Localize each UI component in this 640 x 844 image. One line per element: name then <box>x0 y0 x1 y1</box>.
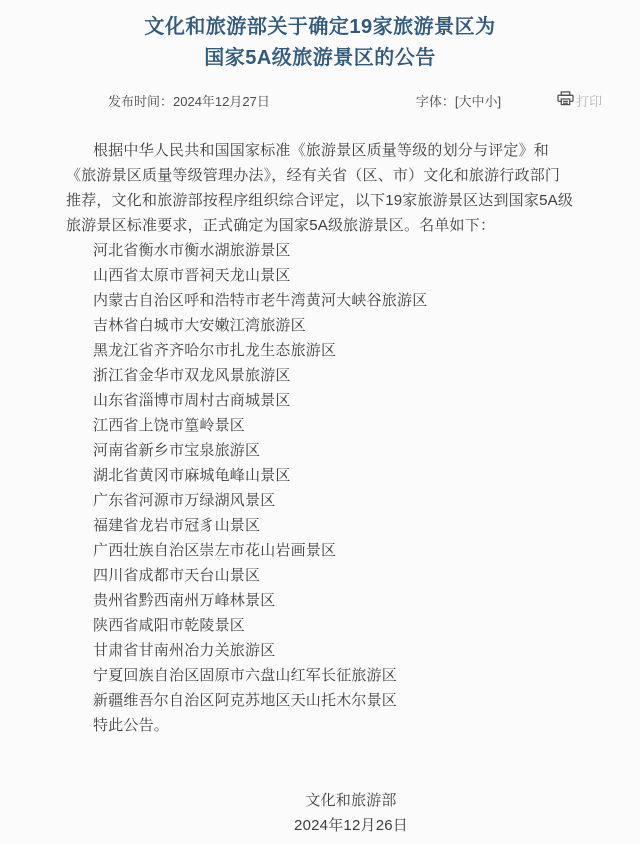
list-item: 福建省龙岩市冠豸山景区 <box>66 513 575 538</box>
signature-block: 文化和旅游部 2024年12月26日 <box>294 788 408 838</box>
list-item: 河北省衡水市衡水湖旅游景区 <box>66 238 575 263</box>
list-item: 宁夏回族自治区固原市六盘山红军长征旅游区 <box>66 663 575 688</box>
list-item: 广西壮族自治区崇左市花山岩画景区 <box>66 538 575 563</box>
publish-time-value: 2024年12月27日 <box>173 94 270 109</box>
list-item: 陕西省咸阳市乾陵景区 <box>66 613 575 638</box>
list-item: 河南省新乡市宝泉旅游区 <box>66 438 575 463</box>
scenic-area-list: 河北省衡水市衡水湖旅游景区 山西省太原市晋祠天龙山景区 内蒙古自治区呼和浩特市老… <box>66 238 575 713</box>
list-item: 内蒙古自治区呼和浩特市老牛湾黄河大峡谷旅游区 <box>66 288 575 313</box>
list-item: 广东省河源市万绿湖风景区 <box>66 488 575 513</box>
printer-icon <box>557 91 574 109</box>
page-title-line1: 文化和旅游部关于确定19家旅游景区为 <box>0 12 640 43</box>
announcement-page: 文化和旅游部关于确定19家旅游景区为 国家5A级旅游景区的公告 发布时间：202… <box>0 0 640 844</box>
meta-bar: 发布时间：2024年12月27日 字体：[大中小] 打印 <box>0 91 640 109</box>
announcement-body: 根据中华人民共和国国家标准《旅游景区质量等级的划分与评定》和《旅游景区质量等级管… <box>0 138 640 838</box>
list-item: 贵州省黔西南州万峰林景区 <box>66 588 575 613</box>
list-item: 黑龙江省齐齐哈尔市扎龙生态旅游区 <box>66 338 575 363</box>
publish-time-label: 发布时间： <box>108 94 173 109</box>
print-button-label: 打印 <box>576 91 602 110</box>
signature-date: 2024年12月26日 <box>294 813 408 838</box>
font-size-controls[interactable]: [大中小] <box>455 94 501 109</box>
closing-statement: 特此公告。 <box>66 713 575 738</box>
list-item: 甘肃省甘南州冶力关旅游区 <box>66 638 575 663</box>
font-size-label: 字体： <box>416 94 455 109</box>
list-item: 吉林省白城市大安嫩江湾旅游区 <box>66 313 575 338</box>
list-item: 新疆维吾尔自治区阿克苏地区天山托木尔景区 <box>66 688 575 713</box>
list-item: 山东省淄博市周村古商城景区 <box>66 388 575 413</box>
announcement-paragraph: 根据中华人民共和国国家标准《旅游景区质量等级的划分与评定》和《旅游景区质量等级管… <box>66 138 575 238</box>
font-size-widget: 字体：[大中小] <box>416 91 501 110</box>
list-item: 山西省太原市晋祠天龙山景区 <box>66 263 575 288</box>
publish-time: 发布时间：2024年12月27日 <box>108 91 270 110</box>
list-item: 江西省上饶市篁岭景区 <box>66 413 575 438</box>
list-item: 浙江省金华市双龙风景旅游区 <box>66 363 575 388</box>
list-item: 四川省成都市天台山景区 <box>66 563 575 588</box>
print-button[interactable]: 打印 <box>557 91 602 110</box>
page-title: 文化和旅游部关于确定19家旅游景区为 国家5A级旅游景区的公告 <box>0 12 640 74</box>
list-item: 湖北省黄冈市麻城龟峰山景区 <box>66 463 575 488</box>
signature-issuer: 文化和旅游部 <box>294 788 408 813</box>
page-title-line2: 国家5A级旅游景区的公告 <box>0 43 640 74</box>
